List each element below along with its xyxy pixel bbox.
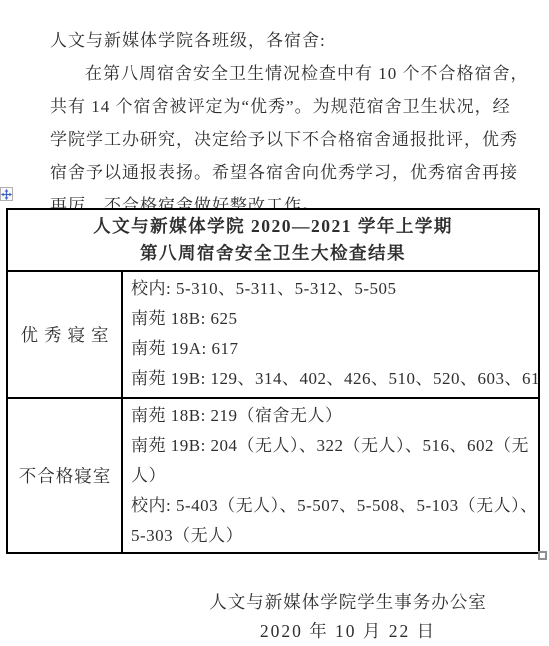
dorm-list-line: 南苑 18B: 219（宿舍无人） — [131, 401, 536, 431]
signature-date: 2020 年 10 月 22 日 — [148, 617, 548, 645]
dorm-list-line: 校内: 5-403（无人）、5-507、5-508、5-103（无人）、 — [131, 491, 536, 521]
move-icon — [1, 189, 12, 200]
table-move-handle[interactable] — [0, 187, 13, 201]
row-label-failed-dorms: 不合格寝室 — [8, 399, 123, 552]
table-header: 人文与新媒体学院 2020—2021 学年上学期 第八周宿舍安全卫生大检查结果 — [8, 210, 538, 270]
dorm-list-line: 5-303（无人） — [131, 521, 536, 551]
notice-line: 共有 14 个宿舍被评定为“优秀”。为规范宿舍卫生状况，经 — [50, 90, 520, 123]
row-label-excellent-dorms: 优秀寝室 — [8, 272, 123, 397]
notice-body: 人文与新媒体学院各班级，各宿舍: 在第八周宿舍安全卫生情况检查中有 10 个不合… — [50, 24, 520, 222]
table-row-excellent: 优秀寝室 校内: 5-310、5-311、5-312、5-505 南苑 18B:… — [8, 270, 538, 397]
document-page: 人文与新媒体学院各班级，各宿舍: 在第八周宿舍安全卫生情况检查中有 10 个不合… — [0, 0, 549, 646]
dorm-list-line: 南苑 19B: 129、314、402、426、510、520、603、613 — [131, 364, 536, 394]
dorm-list-line: 南苑 18B: 625 — [131, 304, 536, 334]
table-row-failed: 不合格寝室 南苑 18B: 219（宿舍无人） 南苑 19B: 204（无人）、… — [8, 397, 538, 552]
dorm-list-line: 人） — [131, 461, 536, 491]
dorm-list-line: 南苑 19B: 204（无人）、322（无人）、516、602（无 — [131, 431, 536, 461]
failed-dorms-cell: 南苑 18B: 219（宿舍无人） 南苑 19B: 204（无人）、322（无人… — [123, 399, 538, 552]
inspection-result-table: 人文与新媒体学院 2020—2021 学年上学期 第八周宿舍安全卫生大检查结果 … — [6, 208, 540, 554]
signature-office: 人文与新媒体学院学生事务办公室 — [148, 588, 548, 616]
notice-line: 学院学工办研究，决定给予以下不合格宿舍通报批评，优秀 — [50, 123, 520, 156]
notice-line: 宿舍予以通报表扬。希望各宿舍向优秀学习，优秀宿舍再接 — [50, 156, 520, 189]
excellent-dorms-cell: 校内: 5-310、5-311、5-312、5-505 南苑 18B: 625 … — [123, 272, 538, 397]
dorm-list-line: 南苑 19A: 617 — [131, 334, 536, 364]
table-resize-handle[interactable] — [538, 551, 547, 560]
dorm-list-line: 校内: 5-310、5-311、5-312、5-505 — [131, 274, 536, 304]
table-title-line1: 人文与新媒体学院 2020—2021 学年上学期 — [8, 213, 538, 240]
notice-line: 在第八周宿舍安全卫生情况检查中有 10 个不合格宿舍， — [50, 57, 520, 90]
notice-salutation: 人文与新媒体学院各班级，各宿舍: — [50, 24, 520, 57]
signature-block: 人文与新媒体学院学生事务办公室 2020 年 10 月 22 日 — [148, 588, 548, 645]
table-title-line2: 第八周宿舍安全卫生大检查结果 — [8, 240, 538, 267]
